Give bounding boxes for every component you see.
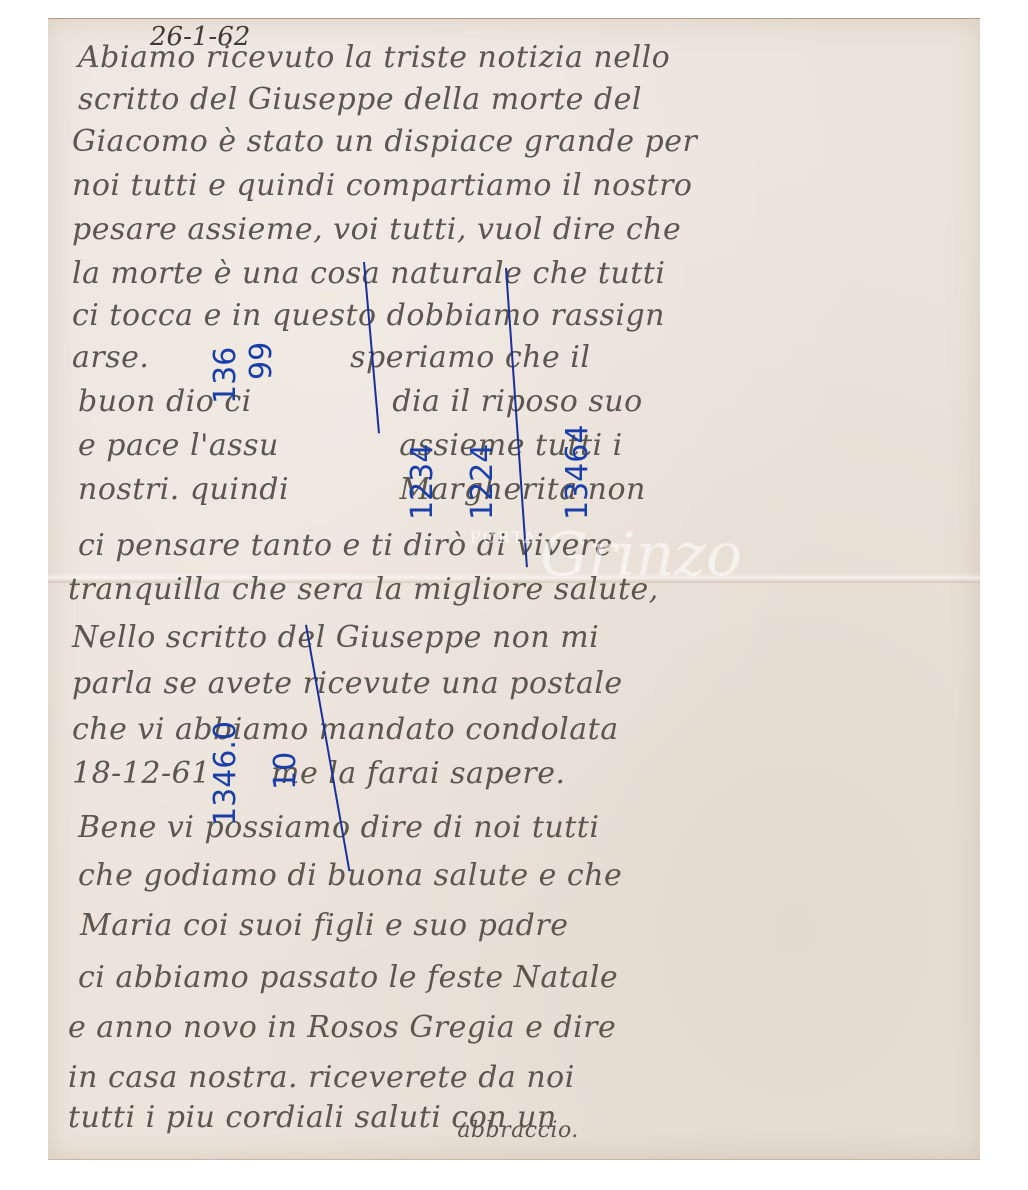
letter-line: Giacomo è stato un dispiace grande per [72, 124, 697, 159]
letter-line: che godiamo di buona salute e che [78, 858, 622, 893]
letter-line: parla se avete ricevute una postale [72, 666, 623, 701]
letter-line: scritto del Giuseppe della morte del [78, 82, 642, 117]
letter-line: buon dio ci dia il riposo suo [78, 384, 643, 419]
letter-line: e anno novo in Rosos Gregia e dire [68, 1010, 616, 1045]
letter-line: ci abbiamo passato le feste Natale [78, 960, 618, 995]
letter-line: Maria coi suoi figli e suo padre [80, 908, 569, 943]
letter-line: in casa nostra. riceverete da noi [68, 1060, 575, 1095]
letter-line: pesare assieme, voi tutti, vuol dire che [72, 212, 681, 247]
letter-line: 18-12-61 me la farai sapere. [72, 756, 565, 791]
blue-annotation: 99 [244, 342, 279, 380]
letter-line: noi tutti e quindi compartiamo il nostro [72, 168, 692, 203]
letter-line: Nello scritto del Giuseppe non mi [72, 620, 599, 655]
letter-line: che vi abbiamo mandato condolata [72, 712, 619, 747]
blue-annotation: 13464 [560, 425, 595, 520]
watermark-label: PORTA [470, 528, 537, 547]
blue-annotation: 1224 [465, 444, 500, 520]
blue-annotation: 10 [268, 752, 303, 790]
letter-line: abbraccio. [300, 1118, 579, 1143]
letter-line: e pace l'assu assieme tutti i [78, 428, 623, 463]
blue-annotation: 136 [208, 347, 243, 404]
blue-annotation: 1234 [405, 444, 440, 520]
blue-annotation: 1346.0 [208, 721, 243, 826]
letter-line: la morte è una cosa naturale che tutti [72, 256, 665, 291]
letter-line: Abiamo ricevuto la triste notizia nello [78, 40, 670, 75]
watermark: Grinzo [540, 520, 742, 590]
